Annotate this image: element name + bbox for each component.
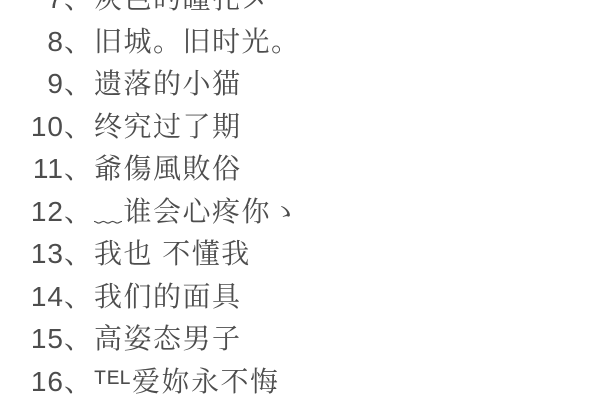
item-text: 高姿态男子 — [94, 318, 242, 361]
item-text: 我也 不懂我 — [94, 233, 251, 276]
item-text: ᵀᴱᴸ爱妳永不悔 — [94, 361, 279, 400]
list-item: 9、遗落的小猫 — [0, 63, 600, 106]
list-item: 16、ᵀᴱᴸ爱妳永不悔 — [0, 361, 600, 400]
list-item: 10、终究过了期 — [0, 106, 600, 149]
item-number: 14 — [0, 276, 64, 319]
item-number: 13 — [0, 233, 64, 276]
list-item: 14、我们的面具 — [0, 276, 600, 319]
list-item: 13、我也 不懂我 — [0, 233, 600, 276]
item-separator: 、 — [64, 148, 94, 191]
item-text: 灰色旳瞳孔メ — [94, 0, 271, 21]
item-number: 9 — [0, 63, 64, 106]
item-separator: 、 — [64, 276, 94, 319]
item-separator: 、 — [64, 233, 94, 276]
item-text: 旧城。旧时光。 — [94, 21, 301, 64]
item-text: ﹏谁会心疼你ゝ — [94, 191, 301, 234]
item-number: 11 — [0, 148, 64, 191]
item-separator: 、 — [64, 63, 94, 106]
item-number: 15 — [0, 318, 64, 361]
list-item: 15、高姿态男子 — [0, 318, 600, 361]
item-separator: 、 — [64, 361, 94, 400]
item-text: 终究过了期 — [94, 106, 242, 149]
item-number: 12 — [0, 191, 64, 234]
list-item: 8、旧城。旧时光。 — [0, 21, 600, 64]
list-item: 7、灰色旳瞳孔メ — [0, 0, 600, 21]
item-number: 7 — [0, 0, 64, 21]
item-number: 16 — [0, 361, 64, 400]
item-separator: 、 — [64, 21, 94, 64]
nickname-list: 7、灰色旳瞳孔メ 8、旧城。旧时光。 9、遗落的小猫 10、终究过了期 11、爺… — [0, 0, 600, 400]
item-separator: 、 — [64, 106, 94, 149]
list-item: 11、爺傷風敗俗 — [0, 148, 600, 191]
item-number: 8 — [0, 21, 64, 64]
item-separator: 、 — [64, 191, 94, 234]
list-item: 12、﹏谁会心疼你ゝ — [0, 191, 600, 234]
item-separator: 、 — [64, 318, 94, 361]
item-text: 爺傷風敗俗 — [94, 148, 242, 191]
item-number: 10 — [0, 106, 64, 149]
item-separator: 、 — [64, 0, 94, 21]
item-text: 遗落的小猫 — [94, 63, 242, 106]
item-text: 我们的面具 — [94, 276, 242, 319]
